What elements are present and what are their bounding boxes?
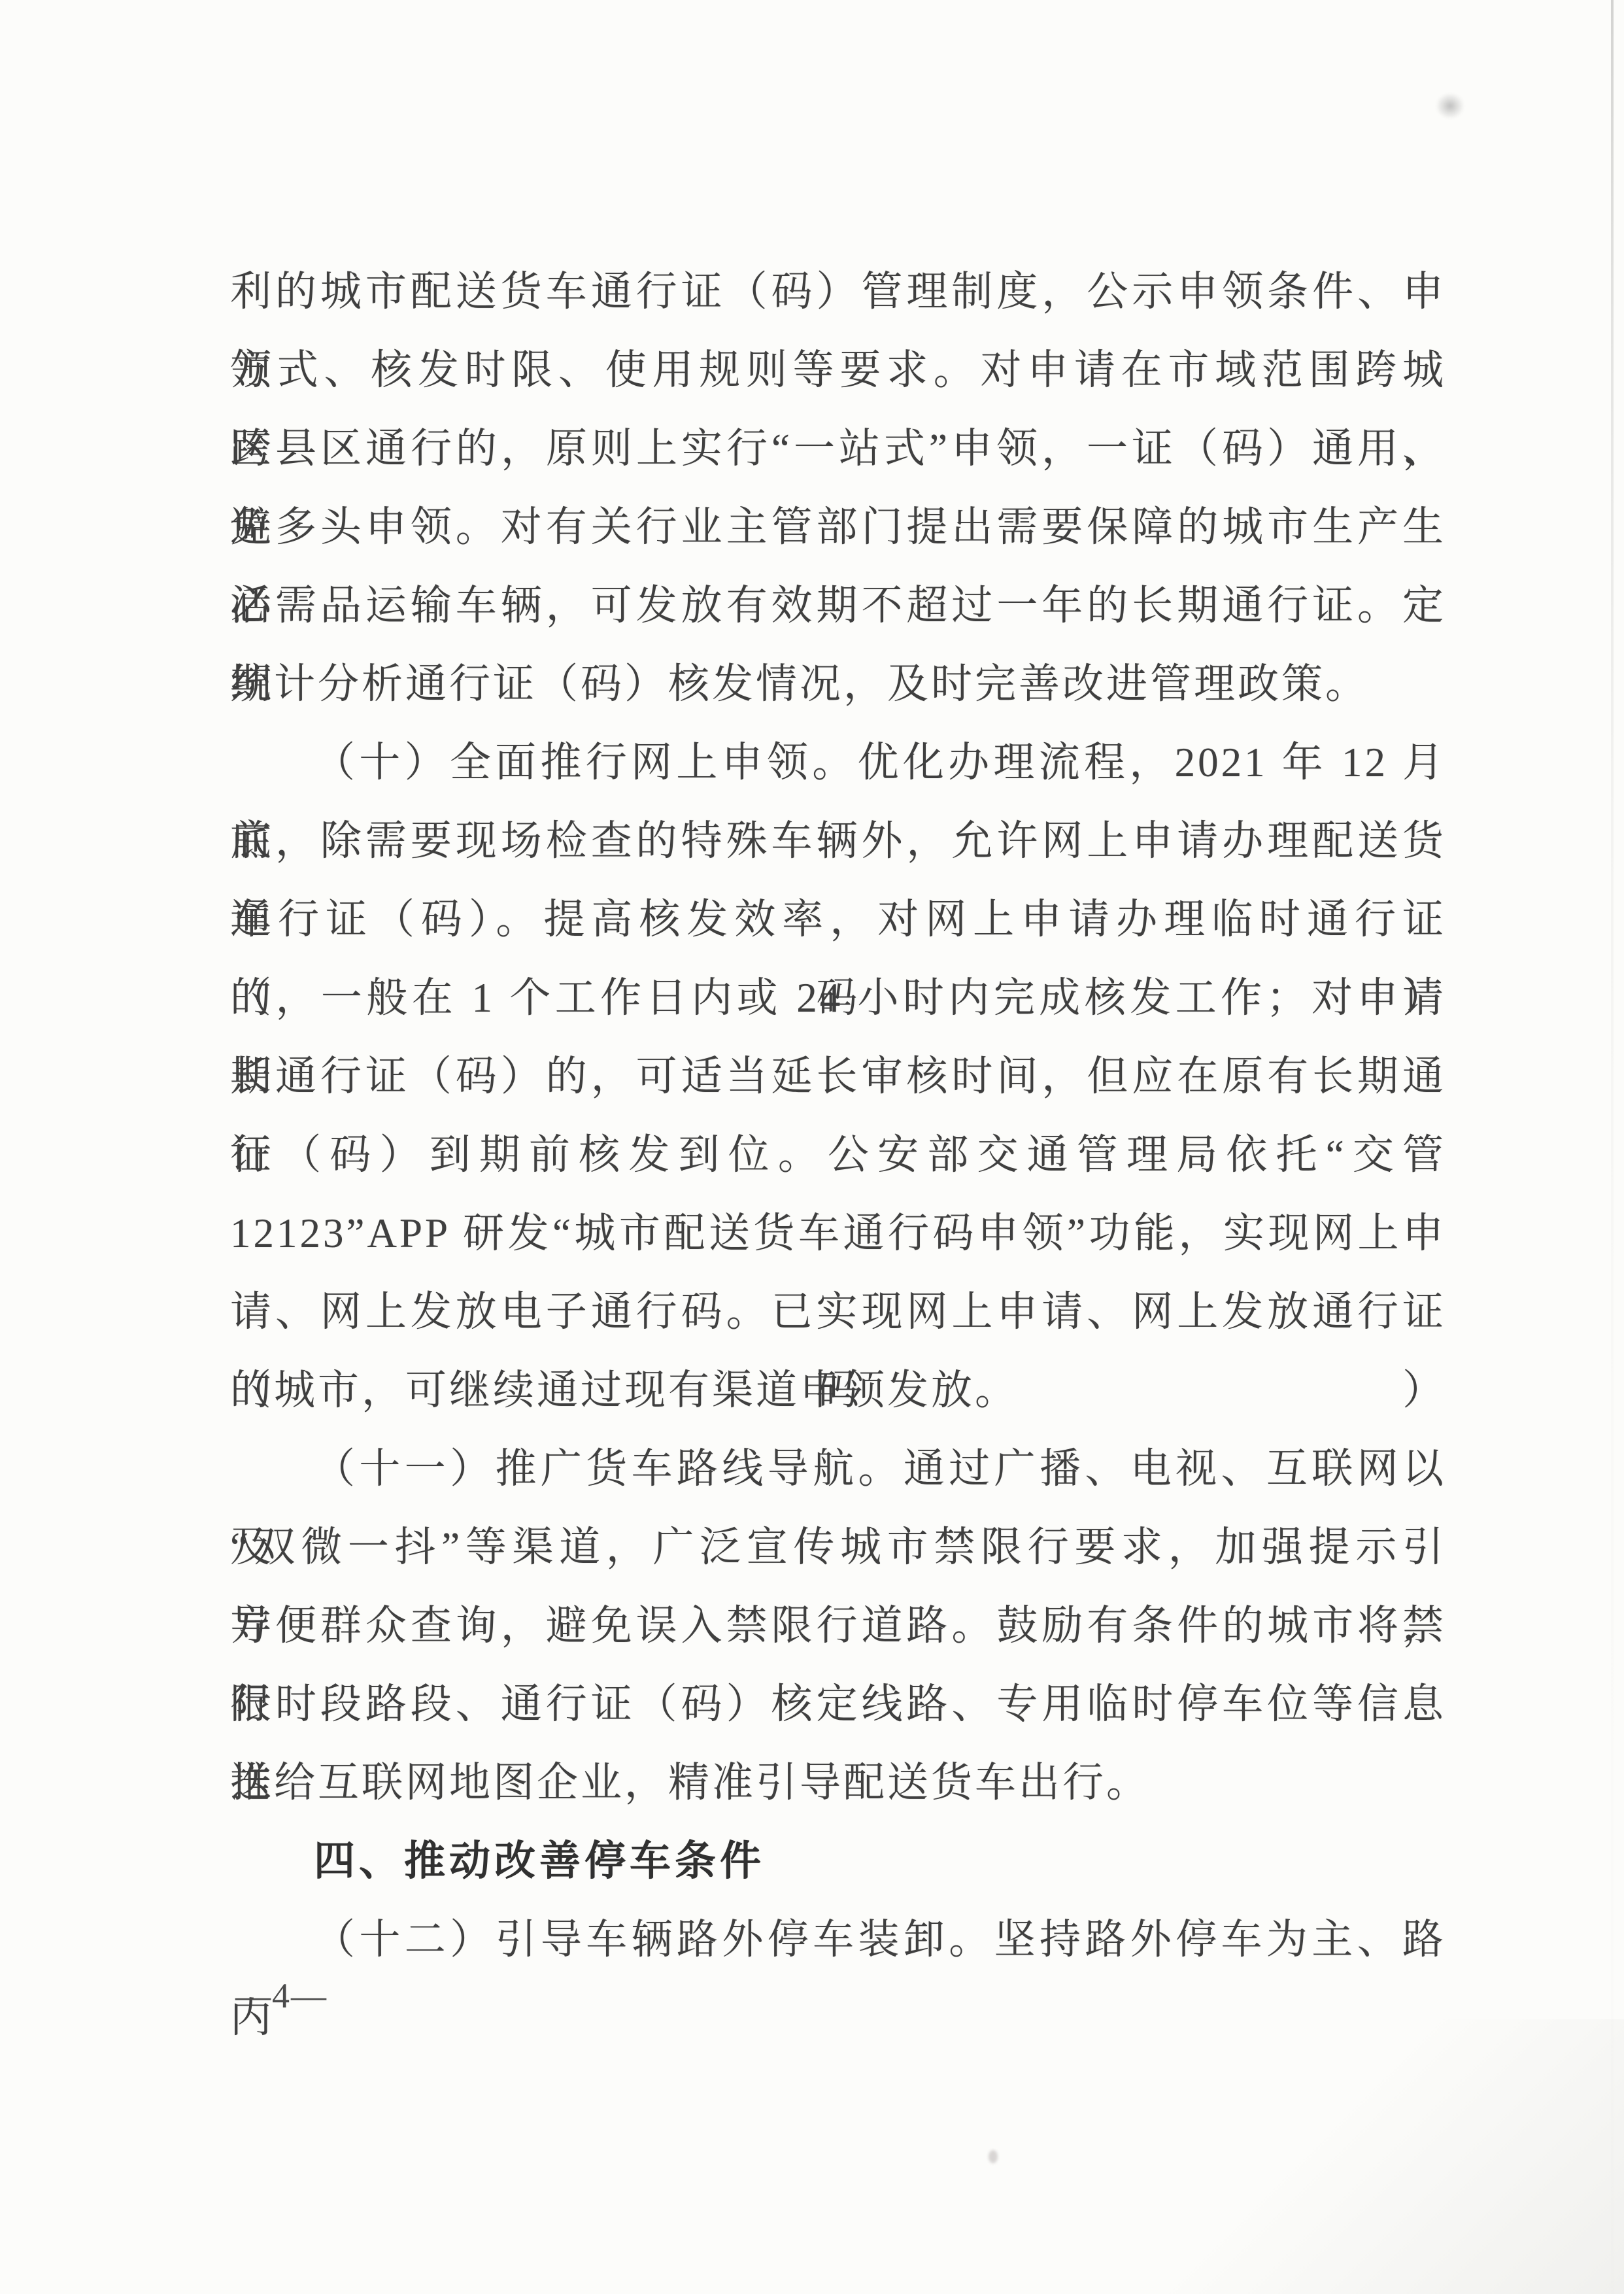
text-line: 的，一般在 1 个工作日内或 24 小时内完成核发工作；对申请长: [230, 959, 1446, 1037]
text-line: 方便群众查询，避免误入禁限行道路。鼓励有条件的城市将禁限: [230, 1586, 1446, 1665]
document-page: 利的城市配送货车通行证（码）管理制度，公示申领条件、申领 方式、核发时限、使用规…: [0, 0, 1624, 2294]
text-line: 送给互联网地图企业，精准引导配送货车出行。: [230, 1743, 1446, 1822]
text-line: 方式、核发时限、使用规则等要求。对申请在市域范围跨城区、: [230, 331, 1446, 409]
text-line: 必需品运输车辆，可发放有效期不超过一年的长期通行证。定期: [230, 566, 1446, 645]
text-line: 期通行证（码）的，可适当延长审核时间，但应在原有长期通行: [230, 1037, 1446, 1116]
text-line: （十一）推广货车路线导航。通过广播、电视、互联网以及: [230, 1429, 1446, 1508]
document-body: 利的城市配送货车通行证（码）管理制度，公示申领条件、申领 方式、核发时限、使用规…: [230, 252, 1446, 1979]
text-line: 跨县区通行的，原则上实行“一站式”申领，一证（码）通用，避: [230, 409, 1446, 488]
scan-edge-artifact: [1611, 0, 1614, 2294]
page-number: —4—: [235, 1970, 328, 2022]
text-line: 利的城市配送货车通行证（码）管理制度，公示申领条件、申领: [230, 252, 1446, 331]
text-line: 免多头申领。对有关行业主管部门提出需要保障的城市生产生活: [230, 488, 1446, 566]
text-line: 12123”APP 研发“城市配送货车通行码申领”功能，实现网上申: [230, 1194, 1446, 1273]
text-line: 请、网上发放电子通行码。已实现网上申请、网上发放通行证（码）: [230, 1273, 1446, 1351]
text-line: 前，除需要现场检查的特殊车辆外，允许网上申请办理配送货车: [230, 802, 1446, 880]
text-line: （十）全面推行网上申领。优化办理流程，2021 年 12 月底: [230, 723, 1446, 802]
text-line: “双微一抖”等渠道，广泛宣传城市禁限行要求，加强提示引导，: [230, 1508, 1446, 1586]
section-heading: 四、推动改善停车条件: [230, 1822, 1446, 1900]
text-line: 通行证（码）。提高核发效率，对网上申请办理临时通行证（码）: [230, 880, 1446, 959]
scan-corner-shadow: [839, 2019, 1624, 2294]
text-line: 行时段路段、通行证（码）核定线路、专用临时停车位等信息推: [230, 1665, 1446, 1743]
text-line: （十二）引导车辆路外停车装卸。坚持路外停车为主、路内: [230, 1900, 1446, 1979]
text-line: 统计分析通行证（码）核发情况，及时完善改进管理政策。: [230, 645, 1446, 723]
scan-smudge-artifact: [1436, 93, 1464, 119]
text-line: 证（码）到期前核发到位。公安部交通管理局依托“交管: [230, 1116, 1446, 1194]
scan-fleck-artifact: [989, 2150, 998, 2163]
